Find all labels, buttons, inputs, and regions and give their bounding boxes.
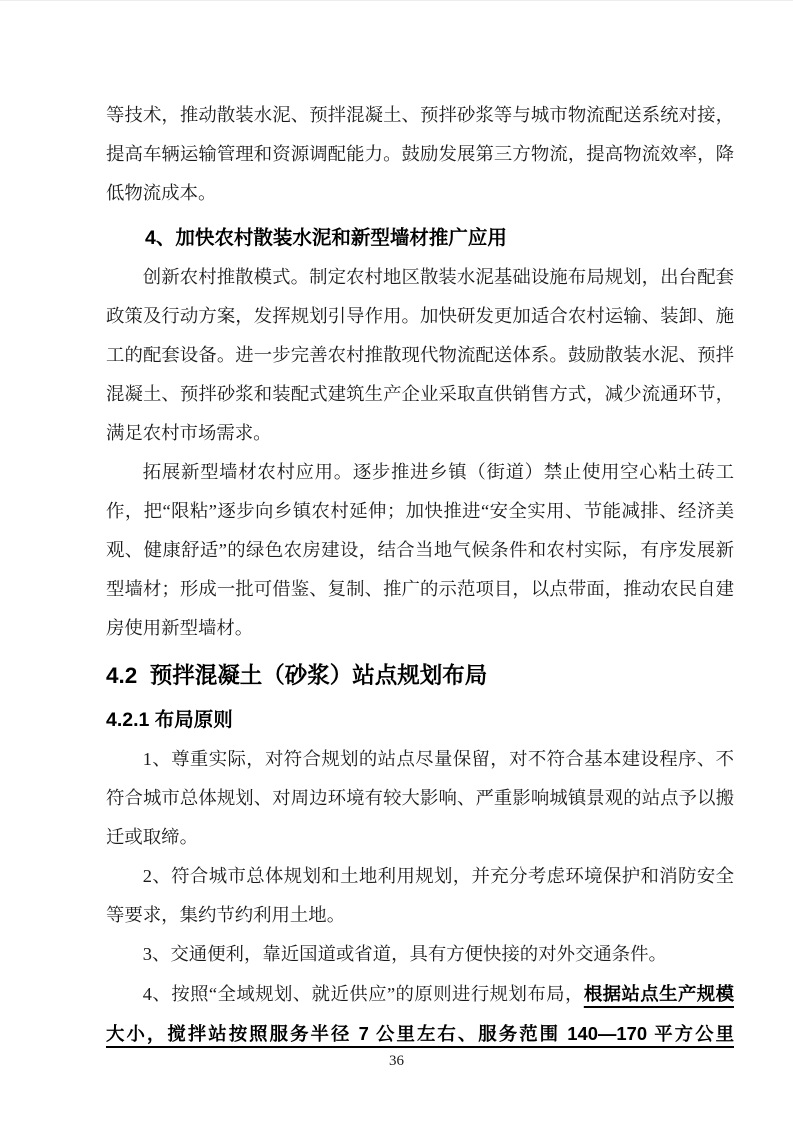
principle-item-3: 3、交通便利，靠近国道或省道，具有方便快接的对外交通条件。 <box>106 935 734 974</box>
heading-section-4-2: 4.2 预拌混凝土（砂浆）站点规划布局 <box>106 654 734 698</box>
page-number: 36 <box>0 1051 793 1071</box>
paragraph-new-wall-material: 拓展新型墙材农村应用。逐步推进乡镇（街道）禁止使用空心粘土砖工作，把“限粘”逐步… <box>106 453 734 648</box>
principle-item-1: 1、尊重实际，对符合规划的站点尽量保留，对不符合基本建设程序、不符合城市总体规划… <box>106 740 734 857</box>
document-page: 等技术，推动散装水泥、预拌混凝土、预拌砂浆等与城市物流配送系统对接，提高车辆运输… <box>0 0 793 1122</box>
principle-item-2: 2、符合城市总体规划和土地利用规划，并充分考虑环境保护和消防安全等要求，集约节约… <box>106 857 734 935</box>
principle-item-4: 4、按照“全域规划、就近供应”的原则进行规划布局，根据站点生产规模大小，搅拌站按… <box>106 974 734 1054</box>
principle-4-lead-text: 4、按照“全域规划、就近供应”的原则进行规划布局， <box>143 984 584 1004</box>
paragraph-rural-cement: 创新农村推散模式。制定农村地区散装水泥基础设施布局规划，出台配套政策及行动方案，… <box>106 258 734 453</box>
page-content: 等技术，推动散装水泥、预拌混凝土、预拌砂浆等与城市物流配送系统对接，提高车辆运输… <box>106 96 734 1054</box>
heading-rural-cement-promotion: 4、加快农村散装水泥和新型墙材推广应用 <box>106 219 734 258</box>
heading-subsection-4-2-1: 4.2.1 布局原则 <box>106 701 734 740</box>
paragraph-continuation: 等技术，推动散装水泥、预拌混凝土、预拌砂浆等与城市物流配送系统对接，提高车辆运输… <box>106 96 734 213</box>
